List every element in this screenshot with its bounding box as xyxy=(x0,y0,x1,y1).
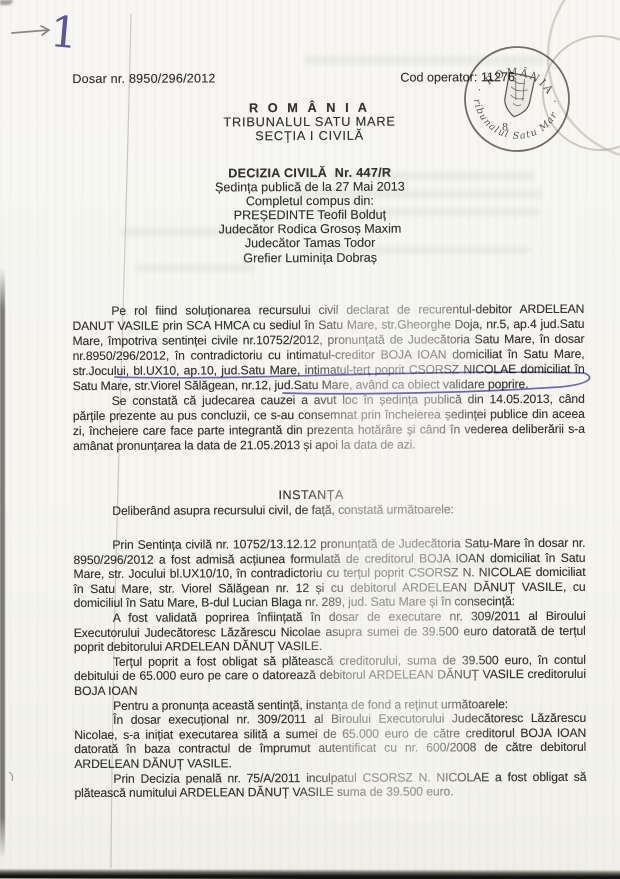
file-number: Dosar nr. 8950/296/2012 xyxy=(72,71,215,86)
body-section: Prin Sentința civilă nr. 10752/13.12.12 … xyxy=(73,536,586,801)
instanta-heading: INSTANȚA xyxy=(55,487,567,503)
panel-member-clerk: Grefier Luminița Dobraș xyxy=(54,249,566,265)
paragraph: Pe rol fiind soluționarea recursului civ… xyxy=(72,302,584,394)
preamble-section: Pe rol fiind soluționarea recursului civ… xyxy=(72,302,585,454)
coat-of-arms-icon xyxy=(502,72,535,119)
court-stamp: · ROMÂNIA · Tribunalul Satu Mare 8 xyxy=(450,32,584,166)
paragraph: Prin Decizia penală nr. 75/A/2011 inculp… xyxy=(74,769,586,800)
paragraph: A fost validată poprirea înființată în d… xyxy=(74,609,586,655)
paragraph: Prin Sentința civilă nr. 10752/13.12.12 … xyxy=(73,536,585,611)
paragraph: În dosar execuțional nr. 309/2011 al Bir… xyxy=(74,711,586,772)
paragraph: Terțul poprit a fost obligat să plăteasc… xyxy=(74,653,586,699)
stamp-center-mark: 8 xyxy=(502,123,508,134)
scan-edge-left xyxy=(0,268,5,858)
deliberand-line: Deliberând asupra recursului civil, de f… xyxy=(73,502,585,518)
decision-header: DECIZIA CIVILĂ Nr. 447/R Ședința publică… xyxy=(54,165,566,266)
scanned-court-document-page: Dosar nr. 8950/296/2012 Cod operator: 11… xyxy=(0,0,620,879)
scan-edge-bottom xyxy=(0,868,620,879)
paragraph: Se constată că judecarea cauzei a avut l… xyxy=(73,392,585,454)
